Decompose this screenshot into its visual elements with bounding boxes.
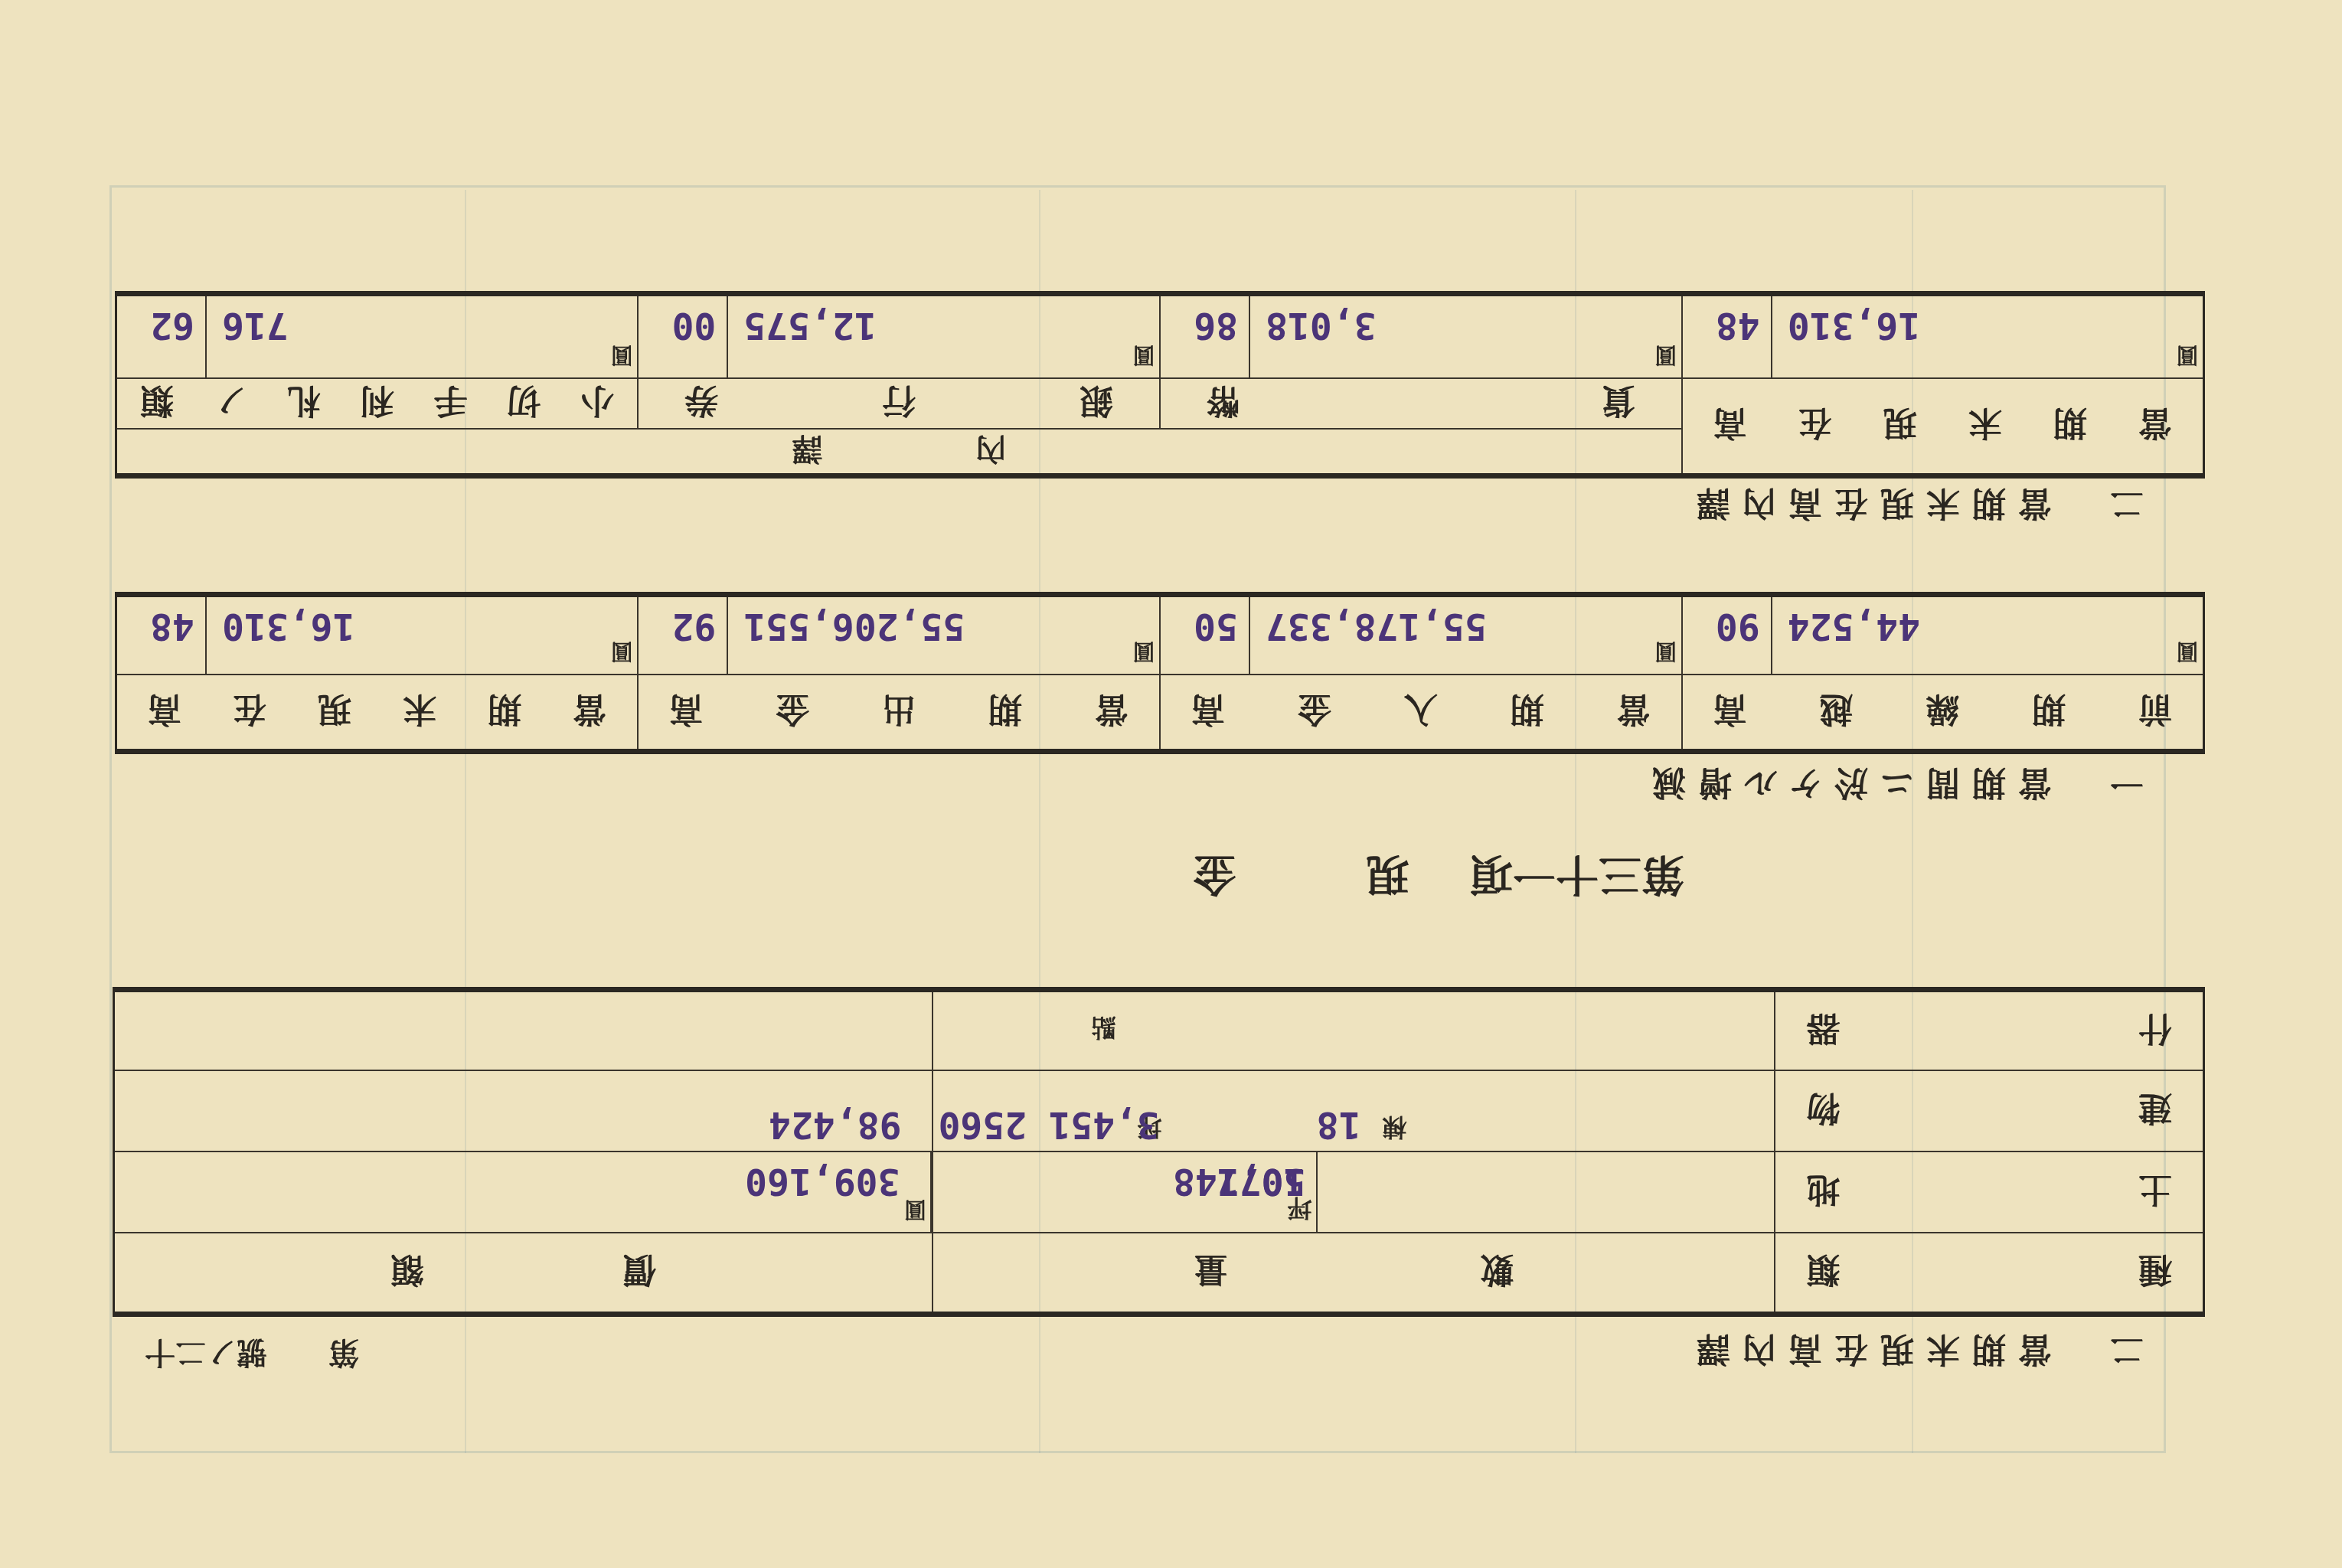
span-header-row: 當期末現在高 內 譯	[116, 429, 2204, 476]
breakdown-span-label: 內 譯	[116, 429, 1682, 476]
change-header-row: 前期繰越高 當期入金高 當期出金高 當期末現在高	[116, 675, 2204, 752]
header-banknotes: 銀行券	[638, 378, 1160, 429]
cash-breakdown-table: 當期末現在高 內 譯 貨幣 銀行券 小切手利札ノ類 圓16,31048 圓3,0…	[115, 292, 2205, 479]
yen-unit: 圓	[1133, 638, 1155, 668]
building-count: 18	[1317, 1104, 1361, 1147]
section-title-suffix: 金	[1194, 849, 1236, 900]
header-kind: 種類	[1775, 1233, 2204, 1315]
fixtures-quantity: 點	[933, 990, 1775, 1071]
amount-sen: 00	[672, 305, 717, 348]
amount-yen: 16,310	[222, 605, 354, 648]
payments-amount: 圓55,206,55192	[638, 595, 1160, 675]
building-quantity: 棟 18 坪 3,451 2560	[933, 1071, 1775, 1152]
building-area-fraction: 2560	[939, 1104, 1027, 1147]
section-number: 第三十一項	[1470, 849, 1684, 900]
change-values-row: 圓44,52490 圓55,178,33750 圓55,206,55192 圓1…	[116, 595, 2204, 675]
header-cheques: 小切手利札ノ類	[116, 378, 639, 429]
cheques-amount: 圓71662	[116, 294, 639, 378]
yen-unit: 圓	[904, 1196, 926, 1227]
header-payments: 當期出金高	[638, 675, 1160, 752]
amount-yen: 12,575	[743, 305, 876, 348]
header-quantity: 數量	[933, 1233, 1775, 1315]
yen-unit: 圓	[2177, 341, 2198, 371]
section-title-main: 現	[1367, 849, 1409, 900]
amount-yen: 55,206,551	[743, 605, 965, 648]
cash-breakdown-heading: 二 當期末現在高內譯	[1684, 482, 2144, 531]
table-row: 建物 棟 18 坪 3,451 2560 98,424	[114, 1071, 2204, 1152]
breakdown-values-row: 圓16,31048 圓3,01886 圓12,57500 圓71662	[116, 294, 2204, 378]
amount-sen: 62	[150, 305, 194, 348]
amount-sen: 48	[1716, 305, 1760, 348]
scanned-ledger-page: 第 號ノ二十 二 當期末現在高內譯 種類 數量 價額 土地 坪 50,748 1…	[0, 0, 2342, 1568]
yen-unit: 圓	[1655, 341, 1677, 371]
yen-unit: 圓	[1133, 341, 1155, 371]
yen-unit: 圓	[2177, 638, 2198, 668]
yen-unit: 圓	[1655, 638, 1677, 668]
form-number: 第 號ノ二十	[145, 1333, 359, 1377]
amount-yen: 16,310	[1788, 305, 1920, 348]
amount-sen: 90	[1716, 605, 1760, 648]
table-row: 土地 坪 50,748 1071 圓 309,160	[114, 1152, 2204, 1233]
receipts-amount: 圓55,178,33750	[1160, 595, 1682, 675]
header-value: 價額	[114, 1233, 933, 1315]
amount-sen: 50	[1194, 605, 1238, 648]
land-yen: 309,160	[745, 1161, 900, 1204]
row-kind-building: 建物	[1775, 1071, 2204, 1152]
amount-sen: 92	[671, 605, 716, 648]
amount-yen: 44,524	[1788, 605, 1920, 648]
change-table: 前期繰越高 當期入金高 當期出金高 當期末現在高 圓44,52490 圓55,1…	[115, 592, 2205, 754]
header-ending-balance: 當期末現在高	[1682, 378, 2204, 476]
land-quantity: 坪 50,748 1071	[933, 1152, 1775, 1233]
amount-yen: 3,018	[1266, 305, 1377, 348]
building-yen: 98,424	[769, 1104, 901, 1147]
banknotes-amount: 圓12,57500	[638, 294, 1160, 378]
header-carried-forward: 前期繰越高	[1682, 675, 2204, 752]
property-header-row: 種類 數量 價額	[114, 1233, 2204, 1315]
carried-forward-amount: 圓44,52490	[1682, 595, 2204, 675]
amount-yen: 55,178,337	[1266, 605, 1487, 648]
building-area: 3,451	[1049, 1104, 1160, 1147]
yen-unit: 圓	[611, 638, 632, 668]
ending-balance-amount: 圓16,31048	[1682, 294, 2204, 378]
row-kind-fixtures: 什器	[1775, 990, 2204, 1071]
fixtures-value	[114, 990, 933, 1071]
land-value: 圓 309,160	[114, 1152, 933, 1233]
coins-amount: 圓3,01886	[1160, 294, 1682, 378]
change-table-heading: 一 當期間ニ於ケル增減	[1640, 761, 2144, 810]
header-ending-balance: 當期末現在高	[116, 675, 639, 752]
ending-balance-amount: 圓16,31048	[116, 595, 639, 675]
item-unit: 點	[1091, 1012, 1115, 1047]
property-table: 種類 數量 價額 土地 坪 50,748 1071 圓	[113, 987, 2205, 1317]
header-receipts: 當期入金高	[1160, 675, 1682, 752]
yen-unit: 圓	[611, 341, 632, 371]
property-table-heading: 二 當期末現在高內譯	[1684, 1328, 2144, 1377]
amount-sen: 48	[150, 605, 194, 648]
building-value: 98,424	[114, 1071, 933, 1152]
header-coins: 貨幣	[1160, 378, 1682, 429]
section-title: 第三十一項 現金	[1194, 847, 1685, 908]
amount-yen: 716	[222, 305, 289, 348]
row-kind-land: 土地	[1775, 1152, 2204, 1233]
table-row: 什器 點	[114, 990, 2204, 1071]
land-area-fraction: 1071	[939, 1161, 1306, 1204]
building-count-unit: 棟	[1382, 1112, 1406, 1147]
amount-sen: 86	[1194, 305, 1238, 348]
